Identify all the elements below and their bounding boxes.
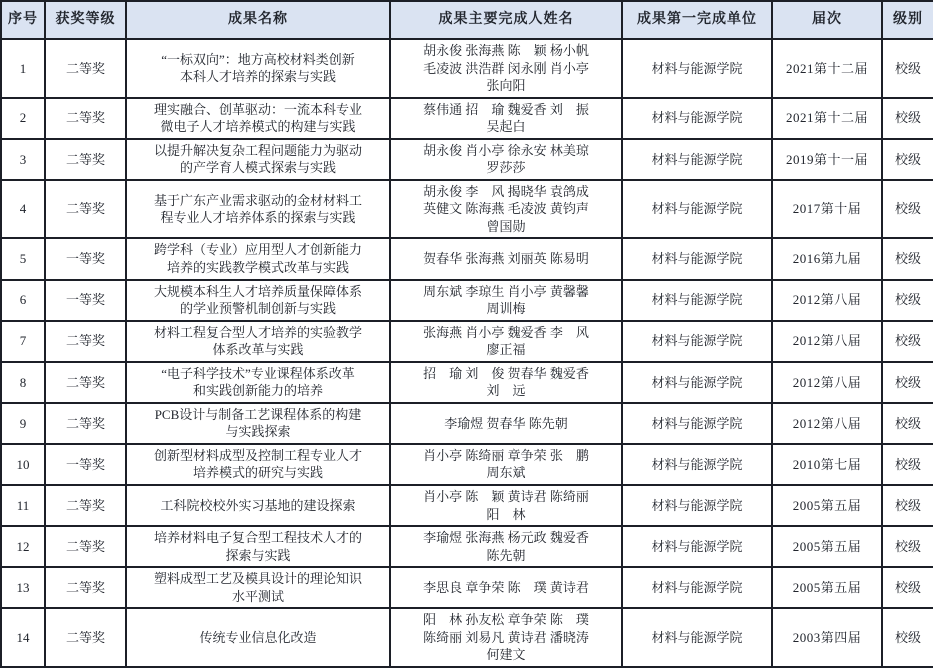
cell-names: 胡永俊 肖小亭 徐永安 林美琼 罗莎莎: [390, 139, 622, 180]
cell-session: 2003第四届: [772, 608, 882, 667]
header-session: 届次: [772, 1, 882, 39]
cell-title: 以提升解决复杂工程问题能力为驱动 的产学育人模式探索与实践: [126, 139, 390, 180]
cell-names: 阳 林 孙友松 章争荣 陈 璞 陈绮丽 刘易凡 黄诗君 潘晓涛 何建文: [390, 608, 622, 667]
cell-unit: 材料与能源学院: [622, 444, 772, 485]
cell-seq: 8: [1, 362, 45, 403]
table-row: 4二等奖基于广东产业需求驱动的金材材料工 程专业人才培养体系的探索与实践胡永俊 …: [1, 180, 933, 239]
cell-level: 校级: [882, 608, 933, 667]
cell-title: 跨学科（专业）应用型人才创新能力 培养的实践教学模式改革与实践: [126, 238, 390, 279]
cell-level: 校级: [882, 180, 933, 239]
cell-level: 校级: [882, 98, 933, 139]
header-unit: 成果第一完成单位: [622, 1, 772, 39]
cell-seq: 2: [1, 98, 45, 139]
cell-session: 2012第八届: [772, 280, 882, 321]
awards-table: 序号获奖等级成果名称成果主要完成人姓名成果第一完成单位届次级别 1二等奖“一标双…: [0, 0, 933, 668]
cell-unit: 材料与能源学院: [622, 485, 772, 526]
cell-title: 传统专业信息化改造: [126, 608, 390, 667]
header-level: 级别: [882, 1, 933, 39]
cell-unit: 材料与能源学院: [622, 39, 772, 98]
table-row: 13二等奖塑料成型工艺及模具设计的理论知识 水平测试李思良 章争荣 陈 璞 黄诗…: [1, 567, 933, 608]
cell-level: 校级: [882, 280, 933, 321]
table-row: 6一等奖大规模本科生人才培养质量保障体系 的学业预警机制创新与实践周东斌 李琼生…: [1, 280, 933, 321]
cell-seq: 12: [1, 526, 45, 567]
cell-level: 校级: [882, 485, 933, 526]
cell-session: 2012第八届: [772, 362, 882, 403]
cell-title: “一标双向”：地方高校材料类创新 本科人才培养的探索与实践: [126, 39, 390, 98]
cell-session: 2016第九届: [772, 238, 882, 279]
table-body: 1二等奖“一标双向”：地方高校材料类创新 本科人才培养的探索与实践胡永俊 张海燕…: [1, 39, 933, 667]
cell-level: 校级: [882, 362, 933, 403]
cell-session: 2005第五届: [772, 485, 882, 526]
header-title: 成果名称: [126, 1, 390, 39]
cell-unit: 材料与能源学院: [622, 362, 772, 403]
cell-award: 二等奖: [45, 98, 126, 139]
cell-unit: 材料与能源学院: [622, 321, 772, 362]
table-row: 2二等奖理实融合、创革驱动：一流本科专业 微电子人才培养模式的构建与实践蔡伟通 …: [1, 98, 933, 139]
cell-names: 李瑜煜 张海燕 杨元政 魏爱香 陈先朝: [390, 526, 622, 567]
cell-session: 2019第十一届: [772, 139, 882, 180]
cell-names: 肖小亭 陈 颖 黄诗君 陈绮丽 阳 林: [390, 485, 622, 526]
cell-award: 二等奖: [45, 608, 126, 667]
cell-seq: 5: [1, 238, 45, 279]
cell-session: 2005第五届: [772, 526, 882, 567]
table-row: 7二等奖材料工程复合型人才培养的实验教学 体系改革与实践张海燕 肖小亭 魏爱香 …: [1, 321, 933, 362]
cell-unit: 材料与能源学院: [622, 98, 772, 139]
cell-seq: 4: [1, 180, 45, 239]
cell-award: 二等奖: [45, 321, 126, 362]
cell-names: 李思良 章争荣 陈 璞 黄诗君: [390, 567, 622, 608]
cell-unit: 材料与能源学院: [622, 608, 772, 667]
cell-seq: 14: [1, 608, 45, 667]
cell-unit: 材料与能源学院: [622, 526, 772, 567]
cell-session: 2017第十届: [772, 180, 882, 239]
cell-names: 蔡伟通 招 瑜 魏爱香 刘 振 吴起白: [390, 98, 622, 139]
cell-unit: 材料与能源学院: [622, 238, 772, 279]
cell-award: 二等奖: [45, 567, 126, 608]
cell-title: 工科院校校外实习基地的建设探索: [126, 485, 390, 526]
cell-unit: 材料与能源学院: [622, 567, 772, 608]
cell-award: 二等奖: [45, 403, 126, 444]
cell-unit: 材料与能源学院: [622, 280, 772, 321]
cell-session: 2021第十二届: [772, 39, 882, 98]
cell-seq: 11: [1, 485, 45, 526]
cell-names: 肖小亭 陈绮丽 章争荣 张 鹏 周东斌: [390, 444, 622, 485]
cell-names: 招 瑜 刘 俊 贺春华 魏爱香 刘 远: [390, 362, 622, 403]
table-row: 5一等奖跨学科（专业）应用型人才创新能力 培养的实践教学模式改革与实践贺春华 张…: [1, 238, 933, 279]
cell-names: 周东斌 李琼生 肖小亭 黄馨馨 周训梅: [390, 280, 622, 321]
cell-title: 塑料成型工艺及模具设计的理论知识 水平测试: [126, 567, 390, 608]
cell-seq: 9: [1, 403, 45, 444]
cell-names: 胡永俊 李 风 揭晓华 袁鸽成 英健文 陈海燕 毛凌波 黄钧声 曾国勋: [390, 180, 622, 239]
table-row: 11二等奖工科院校校外实习基地的建设探索肖小亭 陈 颖 黄诗君 陈绮丽 阳 林材…: [1, 485, 933, 526]
table-row: 1二等奖“一标双向”：地方高校材料类创新 本科人才培养的探索与实践胡永俊 张海燕…: [1, 39, 933, 98]
cell-session: 2010第七届: [772, 444, 882, 485]
table-row: 9二等奖PCB设计与制备工艺课程体系的构建 与实践探索李瑜煜 贺春华 陈先朝材料…: [1, 403, 933, 444]
cell-title: “电子科学技术”专业课程体系改革 和实践创新能力的培养: [126, 362, 390, 403]
header-seq: 序号: [1, 1, 45, 39]
cell-level: 校级: [882, 39, 933, 98]
cell-names: 贺春华 张海燕 刘丽英 陈易明: [390, 238, 622, 279]
cell-unit: 材料与能源学院: [622, 139, 772, 180]
cell-title: 培养材料电子复合型工程技术人才的 探索与实践: [126, 526, 390, 567]
cell-session: 2005第五届: [772, 567, 882, 608]
cell-names: 胡永俊 张海燕 陈 颖 杨小帆 毛凌波 洪浩群 闵永刚 肖小亭 张向阳: [390, 39, 622, 98]
cell-title: 基于广东产业需求驱动的金材材料工 程专业人才培养体系的探索与实践: [126, 180, 390, 239]
cell-unit: 材料与能源学院: [622, 403, 772, 444]
cell-award: 一等奖: [45, 444, 126, 485]
header-names: 成果主要完成人姓名: [390, 1, 622, 39]
cell-award: 二等奖: [45, 485, 126, 526]
table-header-row: 序号获奖等级成果名称成果主要完成人姓名成果第一完成单位届次级别: [1, 1, 933, 39]
cell-award: 二等奖: [45, 139, 126, 180]
table-row: 3二等奖以提升解决复杂工程问题能力为驱动 的产学育人模式探索与实践胡永俊 肖小亭…: [1, 139, 933, 180]
cell-names: 李瑜煜 贺春华 陈先朝: [390, 403, 622, 444]
cell-seq: 10: [1, 444, 45, 485]
cell-level: 校级: [882, 321, 933, 362]
cell-title: PCB设计与制备工艺课程体系的构建 与实践探索: [126, 403, 390, 444]
cell-level: 校级: [882, 567, 933, 608]
cell-award: 二等奖: [45, 39, 126, 98]
cell-seq: 7: [1, 321, 45, 362]
cell-title: 大规模本科生人才培养质量保障体系 的学业预警机制创新与实践: [126, 280, 390, 321]
cell-seq: 6: [1, 280, 45, 321]
cell-level: 校级: [882, 444, 933, 485]
cell-title: 材料工程复合型人才培养的实验教学 体系改革与实践: [126, 321, 390, 362]
cell-level: 校级: [882, 139, 933, 180]
cell-award: 一等奖: [45, 238, 126, 279]
table-row: 14二等奖传统专业信息化改造阳 林 孙友松 章争荣 陈 璞 陈绮丽 刘易凡 黄诗…: [1, 608, 933, 667]
cell-names: 张海燕 肖小亭 魏爱香 李 风 廖正福: [390, 321, 622, 362]
table-row: 8二等奖“电子科学技术”专业课程体系改革 和实践创新能力的培养招 瑜 刘 俊 贺…: [1, 362, 933, 403]
cell-level: 校级: [882, 238, 933, 279]
cell-seq: 3: [1, 139, 45, 180]
cell-seq: 13: [1, 567, 45, 608]
cell-title: 理实融合、创革驱动：一流本科专业 微电子人才培养模式的构建与实践: [126, 98, 390, 139]
table-row: 10一等奖创新型材料成型及控制工程专业人才 培养模式的研究与实践肖小亭 陈绮丽 …: [1, 444, 933, 485]
cell-level: 校级: [882, 403, 933, 444]
table-row: 12二等奖培养材料电子复合型工程技术人才的 探索与实践李瑜煜 张海燕 杨元政 魏…: [1, 526, 933, 567]
cell-session: 2021第十二届: [772, 98, 882, 139]
cell-session: 2012第八届: [772, 321, 882, 362]
cell-title: 创新型材料成型及控制工程专业人才 培养模式的研究与实践: [126, 444, 390, 485]
cell-level: 校级: [882, 526, 933, 567]
cell-award: 二等奖: [45, 362, 126, 403]
cell-award: 二等奖: [45, 526, 126, 567]
header-award: 获奖等级: [45, 1, 126, 39]
cell-award: 一等奖: [45, 280, 126, 321]
cell-seq: 1: [1, 39, 45, 98]
cell-session: 2012第八届: [772, 403, 882, 444]
cell-award: 二等奖: [45, 180, 126, 239]
cell-unit: 材料与能源学院: [622, 180, 772, 239]
